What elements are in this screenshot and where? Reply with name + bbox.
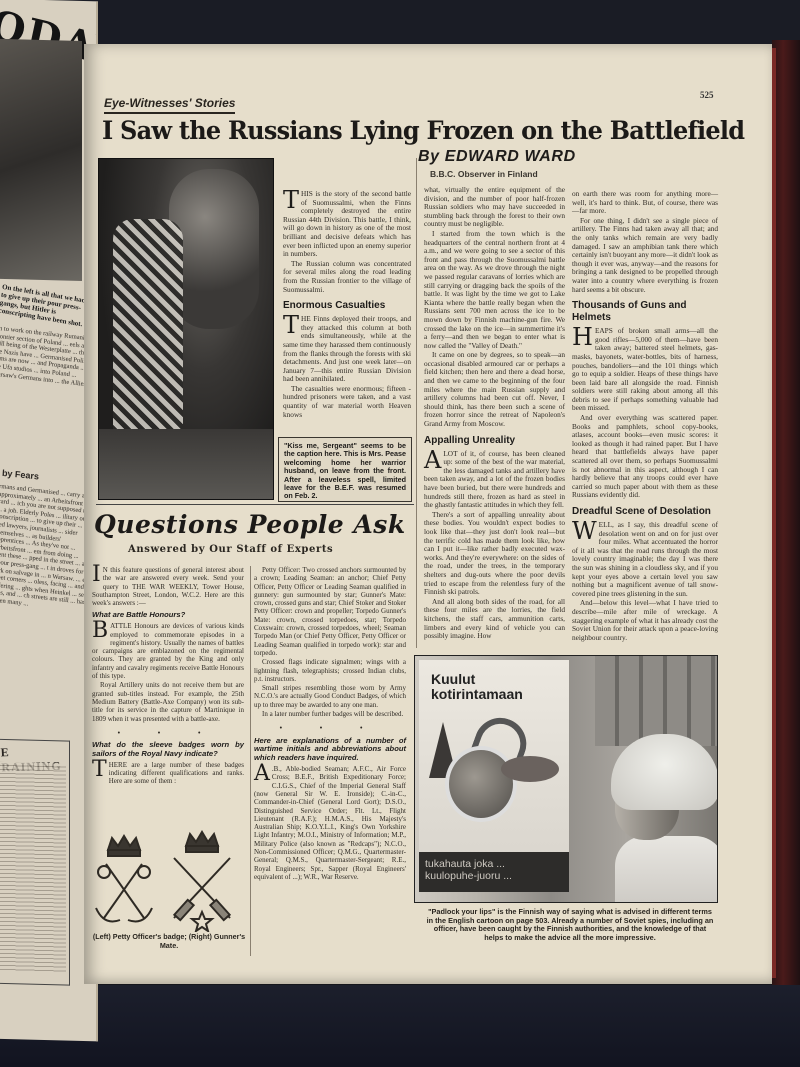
question-battle-honours: What are Battle Honours? (92, 611, 244, 620)
separator-dots: • • • (254, 724, 406, 732)
article-paragraph: And over everything was scattered paper.… (572, 414, 718, 500)
article-paragraph: THIS is the story of the second battle o… (283, 190, 411, 259)
article-paragraph: The casualties were enormous; fifteen - … (283, 385, 411, 419)
petty-officer-badge-icon (90, 828, 248, 932)
answer-paragraph: BATTLE Honours are devices of various ki… (92, 622, 244, 680)
article-paragraph: The Russian column was concentrated for … (283, 260, 411, 294)
article-paragraph: And all along both sides of the road, fo… (424, 598, 565, 641)
section-tag: Eye-Witnesses' Stories (104, 96, 235, 114)
subhead-appalling-unreality: Appalling Unreality (424, 435, 565, 447)
book-binding-right (772, 40, 800, 1000)
article-column-1: THIS is the story of the second battle o… (283, 190, 411, 420)
lips-icon (501, 756, 559, 782)
photo-figure-woman-checked-coat (113, 219, 183, 439)
separator-dots: • • • (92, 729, 244, 737)
photo-window-frame (595, 656, 718, 746)
answer-paragraph: In a later number further badges will be… (254, 710, 406, 718)
poster-footer: tukahauta joka ... kuulopuhe-juoru ... (419, 852, 569, 892)
column-rule (250, 566, 251, 956)
photo-caption-box: "Kiss me, Sergeant" seems to be the capt… (278, 437, 412, 502)
dropcap: T (92, 761, 107, 779)
poster-title: Kuulut kotirintamaan (431, 672, 523, 702)
background-bottom (0, 985, 800, 1067)
poster-photo-caption: "Padlock your lips" is the Finnish way o… (424, 908, 716, 942)
qpa-subtitle: Answered by Our Staff of Experts (128, 544, 333, 555)
dropcap: B (92, 622, 108, 640)
article-paragraph: For one thing, I didn't see a single pie… (572, 217, 718, 294)
photo-soldier-coat (615, 836, 718, 903)
article-paragraph: HEAPS of broken small arms—all the good … (572, 327, 718, 413)
qpa-column-right: Petty Officer: Two crossed anchors surmo… (254, 566, 406, 882)
answer-paragraph: Small stripes resembling those worn by A… (254, 684, 406, 709)
answer-paragraph: Crossed flags indicate signalmen; wings … (254, 658, 406, 683)
article-byline: By EDWARD WARD (418, 148, 576, 166)
page-number: 525 (700, 90, 714, 100)
padlock-icon (445, 746, 517, 822)
qpa-column-left: IN this feature questions of general int… (92, 566, 244, 787)
subhead-enormous-casualties: Enormous Casualties (283, 300, 411, 312)
dropcap: A (254, 765, 270, 783)
dropcap: T (283, 315, 299, 335)
article-paragraph: on earth there was room for anything mor… (572, 190, 718, 216)
left-page-subhead: d by Fears (0, 467, 39, 481)
article-paragraph: And—below this level—what I have tried t… (572, 599, 718, 642)
article-paragraph: There's a sort of appalling unreality ab… (424, 511, 565, 597)
navy-badges-illustration (90, 828, 248, 940)
left-page-boxed-article: LE TRAINING (0, 739, 70, 986)
photo-padlock-poster: Kuulut kotirintamaan tukahauta joka ... … (414, 655, 718, 903)
subhead-dreadful-scene: Dreadful Scene of Desolation (572, 506, 718, 518)
question-sleeve-badges: What do the sleeve badges worn by sailor… (92, 741, 244, 759)
article-paragraph: It came on one by degrees, so to speak—a… (424, 351, 565, 428)
article-paragraph: I started from the town which is the hea… (424, 230, 565, 350)
dropcap: H (572, 327, 593, 347)
badge-caption: (Left) Petty Officer's badge; (Right) Gu… (84, 932, 254, 950)
article-column-3: on earth there was room for anything mor… (572, 190, 718, 643)
dropcap: W (572, 521, 597, 541)
question-abbreviations: Here are explanations of a number of war… (254, 737, 406, 763)
column-rule (416, 158, 417, 648)
photo-floor (99, 429, 273, 499)
left-page-photo (0, 39, 82, 281)
article-column-2: what, virtually the entire equipment of … (424, 186, 565, 642)
qpa-intro: IN this feature questions of general int… (92, 566, 244, 607)
answer-paragraph: Petty Officer: Two crossed anchors surmo… (254, 566, 406, 657)
photo-kiss-me-sergeant (98, 158, 274, 500)
article-headline: I Saw the Russians Lying Frozen on the B… (102, 116, 697, 145)
article-paragraph: THE Finns deployed their troops, and the… (283, 315, 411, 384)
dropcap: A (424, 450, 441, 470)
answer-paragraph: A.B., Able-bodied Seaman; A.F.C., Air Fo… (254, 765, 406, 881)
left-page-caption: On the left is all that we had to give u… (0, 283, 92, 329)
article-paragraph: A LOT of it, of course, has been cleaned… (424, 450, 565, 510)
section-divider (96, 504, 414, 505)
dropcap: I (92, 566, 101, 584)
dropcap: T (283, 190, 299, 210)
article-paragraph: what, virtually the entire equipment of … (424, 186, 565, 229)
subhead-thousands-of-guns: Thousands of Guns and Helmets (572, 300, 718, 324)
answer-paragraph: Royal Artillery units do not receive the… (92, 681, 244, 722)
left-page-text-2: rmans and Germanised ... carry an approx… (0, 483, 95, 615)
qpa-title: Questions People Ask (94, 510, 406, 539)
left-page-box-text (0, 762, 66, 974)
article-paragraph: WELL, as I say, this dreadful scene of d… (572, 521, 718, 598)
left-page-text: en to work on the railway Rumanian front… (0, 325, 92, 389)
byline-subtitle: B.B.C. Observer in Finland (430, 169, 538, 179)
answer-paragraph: THERE are a large number of these badges… (92, 761, 244, 786)
